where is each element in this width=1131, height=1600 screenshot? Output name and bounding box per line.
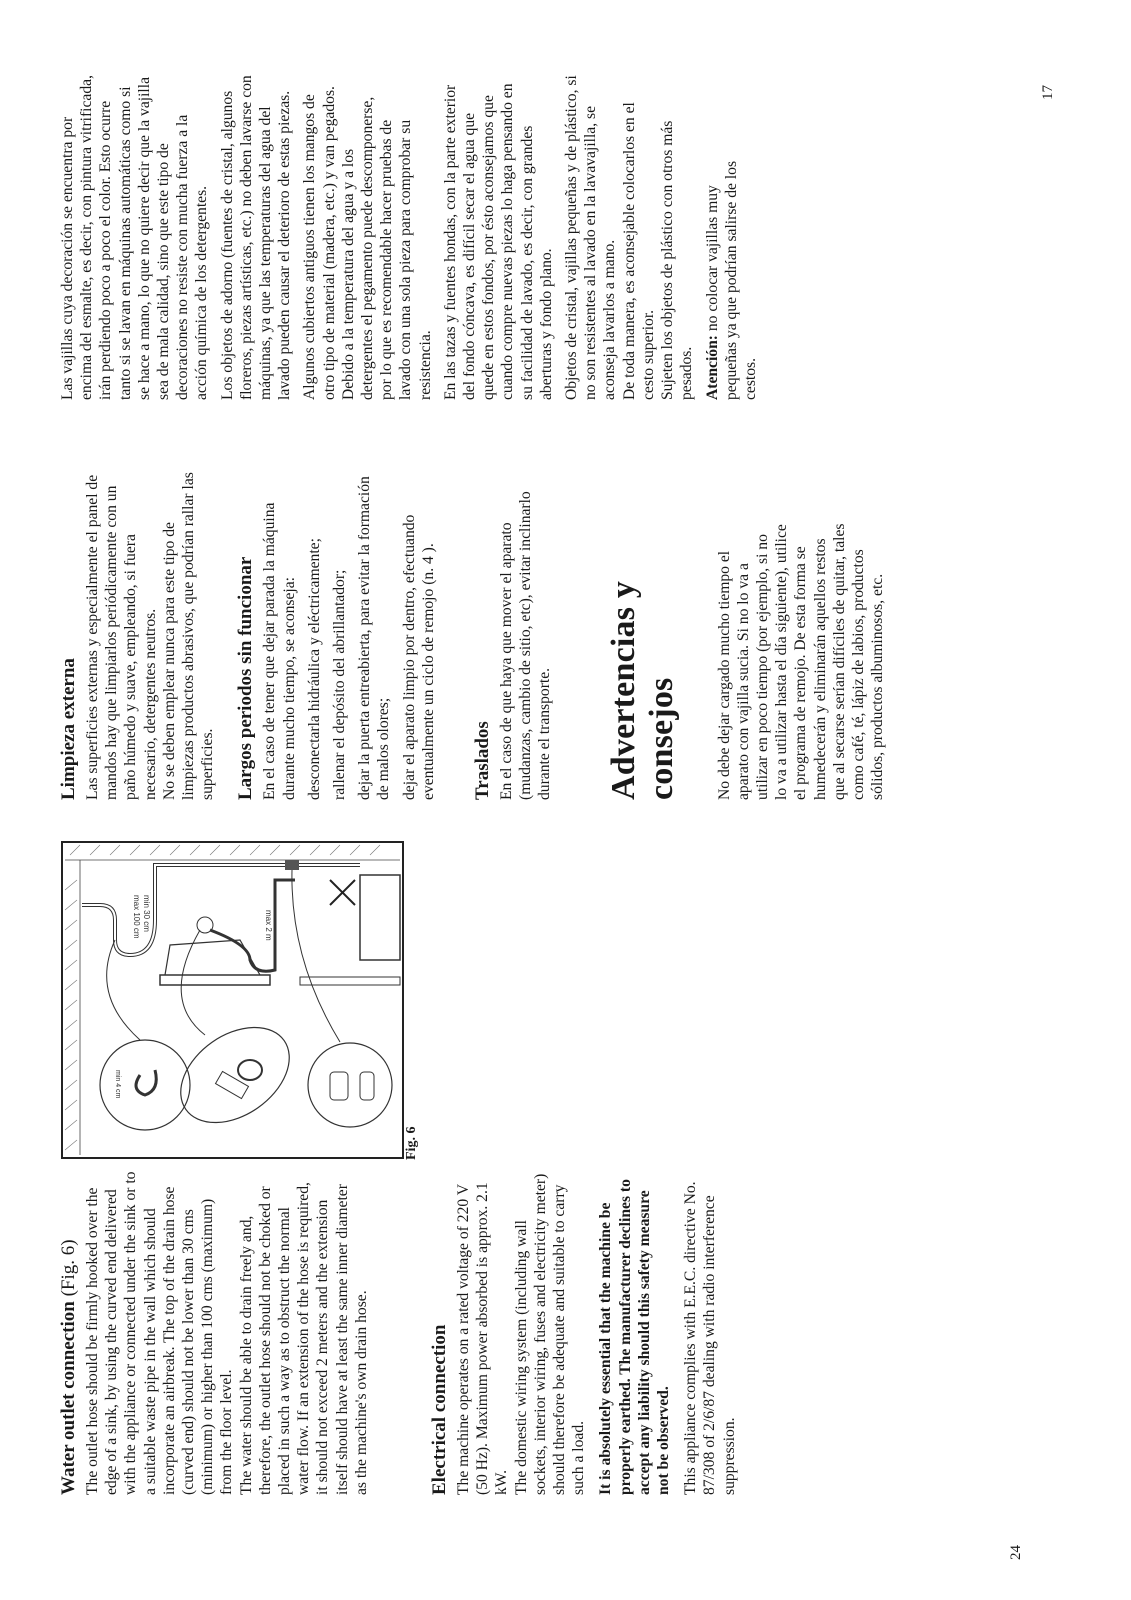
- advertencias-heading: Advertencias y consejos: [605, 470, 681, 800]
- largos-item: dejar la puerta entreabierta, para evita…: [355, 470, 393, 800]
- svg-text:max 2 m: max 2 m: [264, 910, 273, 941]
- largos-item: rallenar el depósito del abrillantador;: [330, 470, 349, 800]
- figure-reference: (Fig. 6): [58, 1239, 79, 1296]
- water-outlet-heading: Water outlet connection (Fig. 6): [58, 1170, 80, 1495]
- electrical-paragraph: The machine operates on a rated voltage …: [454, 1170, 512, 1495]
- traslados-heading: Traslados: [472, 470, 494, 800]
- traslados-paragraph: En el caso de que haya que mover el apar…: [497, 470, 555, 800]
- svg-text:min 30 cm: min 30 cm: [142, 895, 151, 932]
- largos-item: desconectarla hidráulica y eléctricament…: [305, 470, 324, 800]
- attention-label: Atención:: [704, 335, 721, 400]
- compliance-note: This appliance complies with E.E.C. dire…: [681, 1170, 739, 1495]
- page-number-left: 24: [1008, 1545, 1025, 1560]
- figure-label: Fig. 6: [404, 1127, 420, 1160]
- right-paragraph: Objetos de cristal, vajillas pequeñas y …: [562, 75, 620, 400]
- earthing-warning: It is absolutely essential that the mach…: [596, 1170, 673, 1495]
- limpieza-paragraph: No se deben emplear nunca para este tipo…: [160, 470, 218, 800]
- right-paragraph: De toda manera, es aconsejable colocarlo…: [620, 75, 658, 400]
- rotated-manual-page: 24 17 Water outlet connection (Fig. 6) T…: [0, 0, 1131, 1600]
- limpieza-heading: Limpieza externa: [58, 470, 80, 800]
- limpieza-paragraph: Las superficies externas y especialmente…: [83, 470, 160, 800]
- svg-text:min 4 cm: min 4 cm: [114, 1070, 121, 1099]
- electrical-paragraph: The domestic wiring system (including wa…: [512, 1170, 589, 1495]
- installation-diagram: max 2 m min 30 cm max 100 cm min 4 cm: [60, 840, 405, 1160]
- largos-heading: Largos periodos sin funcionar: [235, 470, 257, 800]
- largos-intro: En el caso de tener que dejar parada la …: [260, 470, 298, 800]
- svg-text:max 100 cm: max 100 cm: [132, 895, 141, 939]
- electrical-heading: Electrical connection: [429, 1170, 451, 1495]
- water-outlet-paragraph: The outlet hose should be firmly hooked …: [83, 1170, 237, 1495]
- right-paragraph: Sujeten los objetos de plástico con otro…: [658, 75, 696, 400]
- attention-note: Atención: no colocar vajillas muy pequeñ…: [703, 150, 761, 400]
- right-paragraph: Los objetos de adorno (fuentes de crista…: [218, 75, 295, 400]
- page-number-right: 17: [1040, 85, 1057, 100]
- right-paragraph: Las vajillas cuya decoración se encuentr…: [58, 75, 212, 400]
- spanish-right-column: Las vajillas cuya decoración se encuentr…: [58, 75, 766, 400]
- right-paragraph: En las tazas y fuentes hondas, con la pa…: [441, 75, 556, 400]
- water-outlet-paragraph: The water should be able to drain freely…: [237, 1170, 371, 1495]
- right-paragraph: Algunos cubiertos antiguos tienen los ma…: [300, 75, 434, 400]
- english-column: Water outlet connection (Fig. 6) The out…: [58, 1170, 745, 1495]
- advertencias-paragraph: No debe dejar cargado mucho tiempo el ap…: [715, 520, 888, 800]
- largos-item: dejar el aparato limpio por dentro, efec…: [400, 470, 438, 800]
- spanish-middle-column: Limpieza externa Las superficies externa…: [58, 470, 893, 800]
